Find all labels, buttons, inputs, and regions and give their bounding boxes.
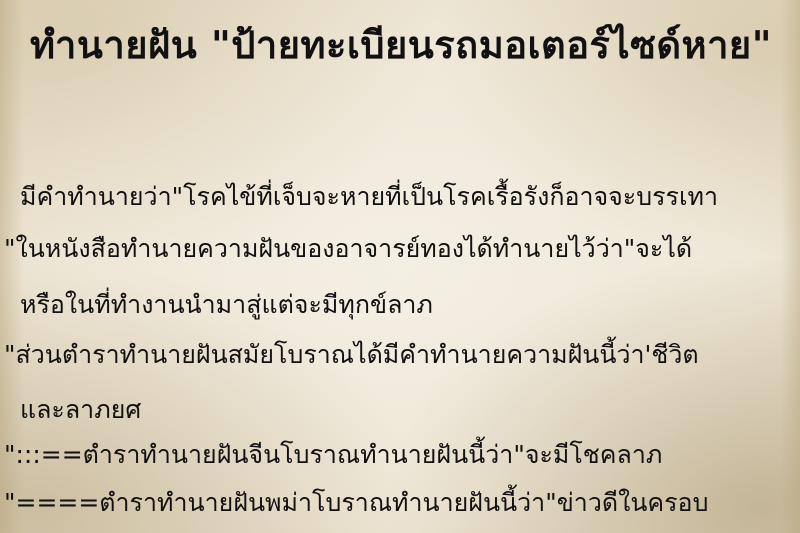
paper-edge-right: [780, 0, 800, 533]
text-line: ":::==ตำราทำนายฝันจีนโบราณทำนายฝันนี้ว่า…: [4, 438, 662, 472]
text-line: หรือในที่ทำงานนำมาสู่แต่จะมีทุกข์ลาภ: [20, 288, 433, 322]
page-title: ทำนายฝัน "ป้ายทะเบียนรถมอเตอร์ไซด์หาย": [30, 14, 772, 75]
text-line: "ในหนังสือทำนายความฝันของอาจารย์ทองได้ทำ…: [4, 232, 692, 266]
text-line: และลาภยศ: [20, 393, 141, 427]
text-line: "ส่วนตำราทำนายฝันสมัยโบราณได้มีคำทำนายคว…: [4, 338, 699, 372]
text-line: มีคำทำนายว่า"โรคไข้ที่เจ็บจะหายที่เป็นโร…: [20, 180, 718, 214]
text-line: "====ตำราทำนายฝันพม่าโบราณทำนายฝันนี้ว่า…: [4, 486, 708, 520]
